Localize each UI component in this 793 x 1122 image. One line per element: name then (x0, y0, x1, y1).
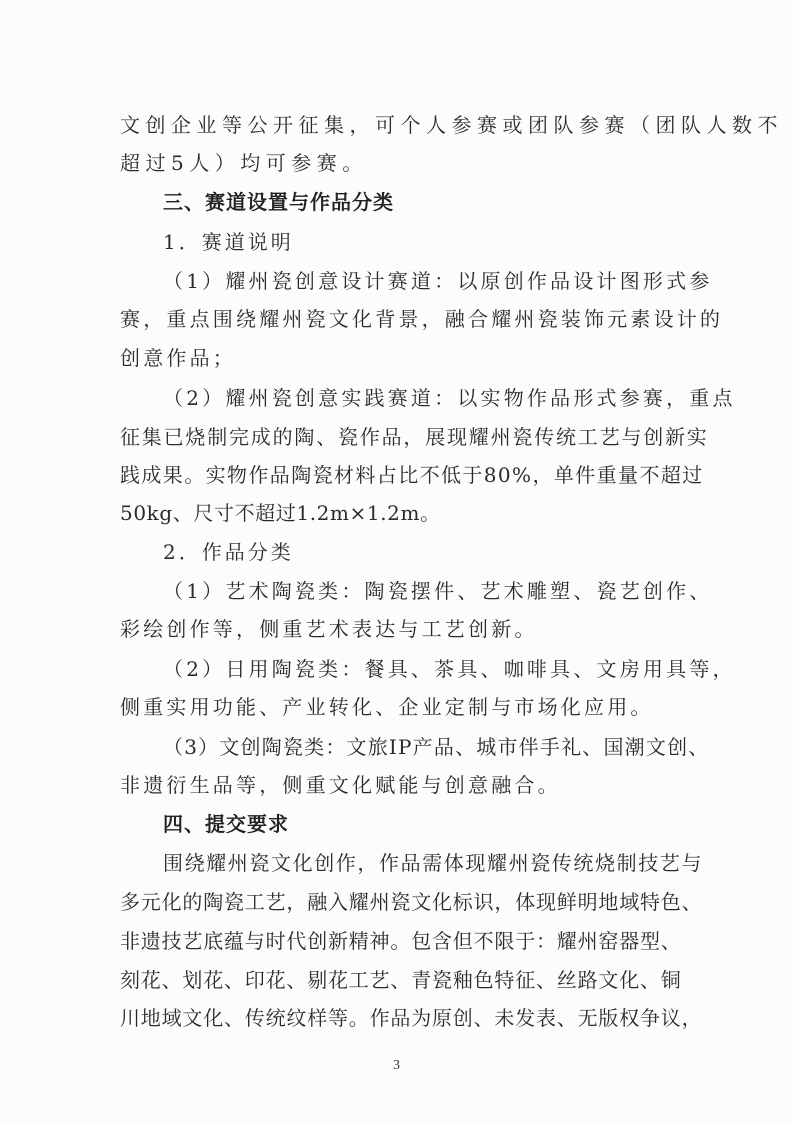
page-number: 3 (0, 1058, 793, 1074)
text-line: 创意作品； (120, 343, 676, 373)
section-heading: 四、提交要求 (163, 809, 676, 839)
document-page: 文创企业等公开征集，可个人参赛或团队参赛（团队人数不 超过5人）均可参赛。 三、… (0, 0, 793, 1122)
text-line: 川地域文化、传统纹样等。作品为原创、未发表、无版权争议， (120, 1003, 676, 1033)
subsection-heading: 1．赛道说明 (163, 227, 676, 257)
text-line: 侧重实用功能、产业转化、企业定制与市场化应用。 (120, 692, 676, 722)
text-line: 多元化的陶瓷工艺，融入耀州瓷文化标识，体现鲜明地域特色、 (120, 887, 676, 917)
text-line: 彩绘创作等，侧重艺术表达与工艺创新。 (120, 614, 676, 644)
text-line: 超过5人）均可参赛。 (120, 148, 676, 178)
text-line: 赛，重点围绕耀州瓷文化背景，融合耀州瓷装饰元素设计的 (120, 304, 676, 334)
text-line: （1）艺术陶瓷类：陶瓷摆件、艺术雕塑、瓷艺创作、 (163, 576, 676, 606)
text-line: 50kg、尺寸不超过1.2m×1.2m。 (120, 498, 676, 528)
text-line: 非遗技艺底蕴与时代创新精神。包含但不限于：耀州窑器型、 (120, 926, 676, 956)
text-line: （1）耀州瓷创意设计赛道：以原创作品设计图形式参 (163, 266, 676, 296)
text-line: 文创企业等公开征集，可个人参赛或团队参赛（团队人数不 (120, 110, 676, 140)
text-line: （2）日用陶瓷类：餐具、茶具、咖啡具、文房用具等， (163, 654, 676, 684)
text-line: 非遗衍生品等，侧重文化赋能与创意融合。 (120, 770, 676, 800)
text-line: 刻花、划花、印花、剔花工艺、青瓷釉色特征、丝路文化、铜 (120, 965, 676, 995)
subsection-heading: 2．作品分类 (163, 537, 676, 567)
section-heading: 三、赛道设置与作品分类 (163, 187, 676, 217)
text-line: 征集已烧制完成的陶、瓷作品，展现耀州瓷传统工艺与创新实 (120, 422, 676, 452)
text-line: （2）耀州瓷创意实践赛道：以实物作品形式参赛，重点 (163, 383, 676, 413)
text-line: 围绕耀州瓷文化创作，作品需体现耀州瓷传统烧制技艺与 (163, 848, 676, 878)
text-line: （3）文创陶瓷类：文旅IP产品、城市伴手礼、国潮文创、 (163, 732, 676, 762)
text-line: 践成果。实物作品陶瓷材料占比不低于80%，单件重量不超过 (120, 460, 676, 490)
